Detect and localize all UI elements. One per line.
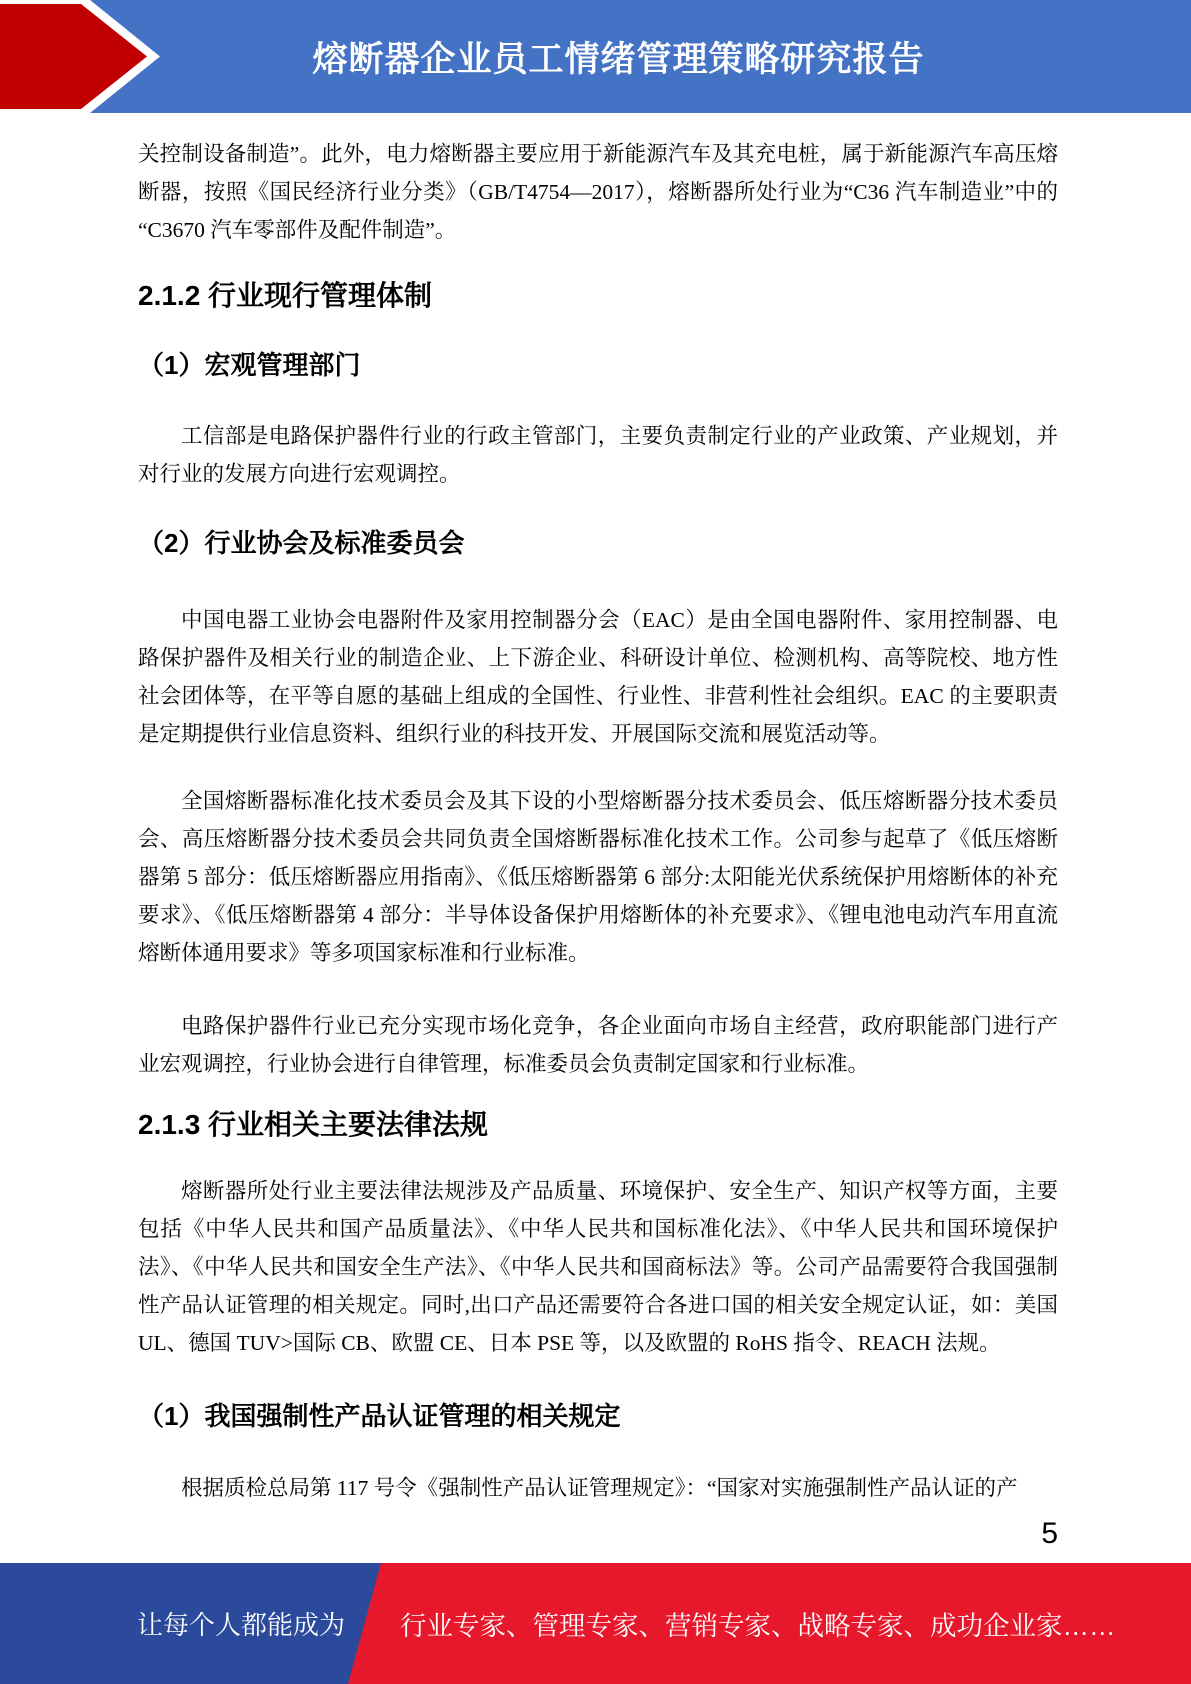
report-page: 熔断器企业员工情绪管理策略研究报告 关控制设备制造”。此外，电力熔断器主要应用于… bbox=[0, 0, 1191, 1684]
page-number: 5 bbox=[138, 1519, 1058, 1549]
report-title: 熔断器企业员工情绪管理策略研究报告 bbox=[0, 0, 1191, 113]
section-heading-213: 2.1.3 行业相关主要法律法规 bbox=[138, 1108, 1058, 1142]
footer-slogan-right: 行业专家、管理专家、营销专家、战略专家、成功企业家…… bbox=[400, 1563, 1116, 1684]
body-paragraph: 全国熔断器标准化技术委员会及其下设的小型熔断器分技术委员会、低压熔断器分技术委员… bbox=[138, 782, 1058, 972]
body-paragraph: 中国电器工业协会电器附件及家用控制器分会（EAC）是由全国电器附件、家用控制器、… bbox=[138, 601, 1058, 753]
page-footer: 让每个人都能成为 行业专家、管理专家、营销专家、战略专家、成功企业家…… bbox=[0, 1563, 1191, 1684]
subsection-heading-1: （1）宏观管理部门 bbox=[138, 349, 1058, 381]
subsection-heading-3: （1）我国强制性产品认证管理的相关规定 bbox=[138, 1400, 1058, 1432]
body-paragraph: 熔断器所处行业主要法律法规涉及产品质量、环境保护、安全生产、知识产权等方面，主要… bbox=[138, 1172, 1058, 1362]
body-paragraph: 工信部是电路保护器件行业的行政主管部门，主要负责制定行业的产业政策、产业规划，并… bbox=[138, 417, 1058, 493]
page-header: 熔断器企业员工情绪管理策略研究报告 bbox=[0, 0, 1191, 113]
body-paragraph: 根据质检总局第 117 号令《强制性产品认证管理规定》：“国家对实施强制性产品认… bbox=[138, 1469, 1058, 1507]
document-body: 关控制设备制造”。此外，电力熔断器主要应用于新能源汽车及其充电桩，属于新能源汽车… bbox=[0, 113, 1191, 1549]
body-paragraph: 电路保护器件行业已充分实现市场化竞争，各企业面向市场自主经营，政府职能部门进行产… bbox=[138, 1007, 1058, 1083]
footer-slogan-left: 让每个人都能成为 bbox=[137, 1605, 345, 1642]
section-heading-212: 2.1.2 行业现行管理体制 bbox=[138, 279, 1058, 313]
footer-blue-band: 让每个人都能成为 bbox=[0, 1563, 381, 1684]
subsection-heading-2: （2）行业协会及标准委员会 bbox=[138, 527, 1058, 559]
body-paragraph-continued: 关控制设备制造”。此外，电力熔断器主要应用于新能源汽车及其充电桩，属于新能源汽车… bbox=[138, 135, 1058, 249]
